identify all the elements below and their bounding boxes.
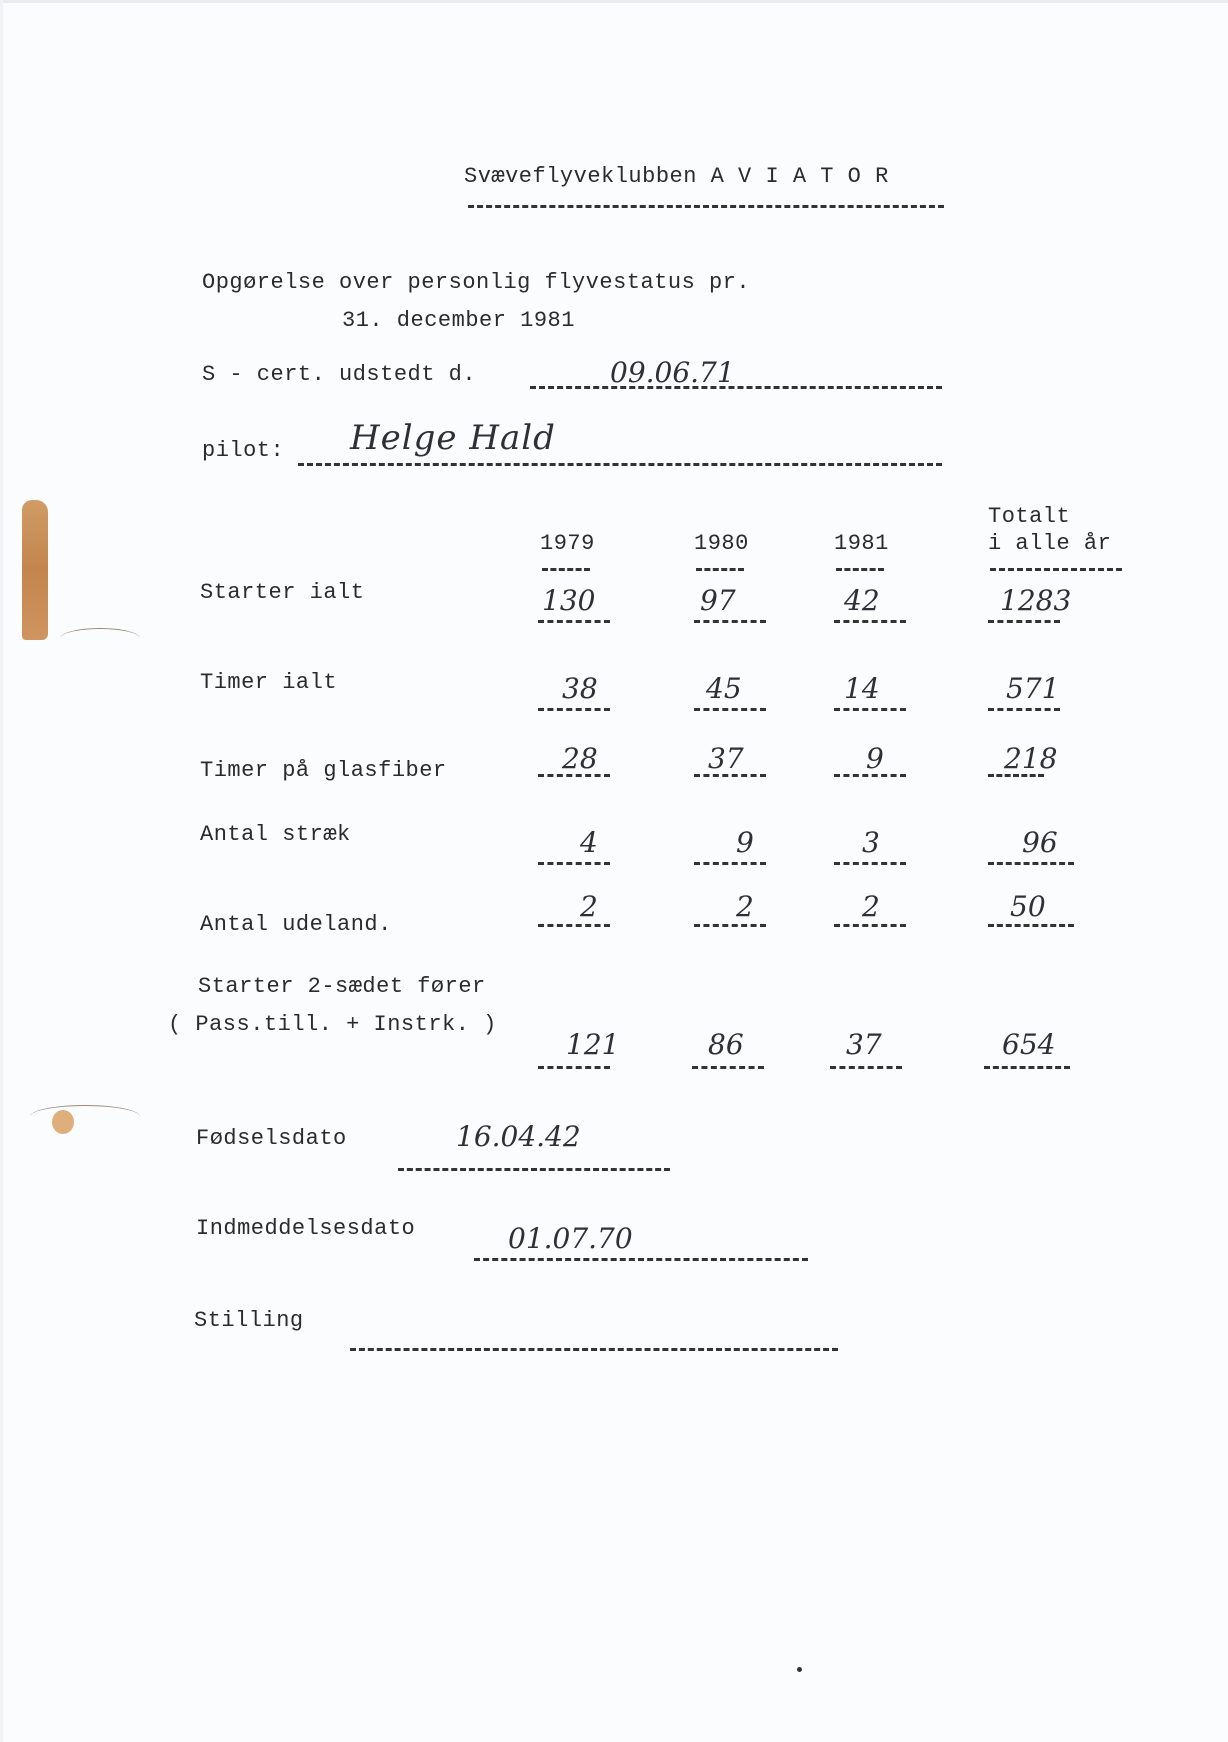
cell-line (988, 862, 1074, 865)
cell-line (538, 1066, 610, 1069)
birthdate-line (398, 1168, 670, 1171)
cell-starts-1981[interactable]: 42 (844, 584, 880, 617)
rust-stain (22, 500, 48, 640)
cell-line (694, 774, 766, 777)
header-underline (836, 568, 884, 571)
row-label-starts: Starter ialt (200, 580, 364, 605)
join-date-field[interactable]: 01.07.70 (508, 1222, 633, 1255)
row-label-hours: Timer ialt (200, 670, 337, 695)
paper-tear (60, 628, 140, 649)
header-underline (990, 568, 1122, 571)
position-label: Stilling (194, 1308, 304, 1333)
cell-line (988, 708, 1060, 711)
cell-line (988, 924, 1074, 927)
title-underline (468, 205, 944, 208)
cell-starts-1979[interactable]: 130 (542, 584, 595, 617)
header-underline (542, 568, 590, 571)
cell-line (830, 1066, 902, 1069)
cell-line (538, 774, 610, 777)
cell-line (834, 862, 906, 865)
rust-stain (52, 1110, 74, 1134)
cell-line (692, 1066, 764, 1069)
cell-twoseat-1980[interactable]: 86 (708, 1028, 744, 1061)
cell-twoseat-total[interactable]: 654 (1002, 1028, 1055, 1061)
cell-xc-total[interactable]: 96 (1022, 826, 1058, 859)
birthdate-field[interactable]: 16.04.42 (456, 1120, 581, 1153)
club-title: Svæveflyveklubben A V I A T O R (464, 164, 889, 189)
cell-outland-1979[interactable]: 2 (580, 890, 598, 923)
cell-line (538, 620, 610, 623)
cell-line (988, 774, 1044, 777)
page-edge (0, 0, 1228, 3)
cell-line (834, 774, 906, 777)
cell-xc-1980[interactable]: 9 (736, 826, 754, 859)
cell-glassfiber-1980[interactable]: 37 (708, 742, 744, 775)
certificate-line (530, 386, 942, 389)
cell-xc-1981[interactable]: 3 (862, 826, 880, 859)
column-header-1979: 1979 (540, 531, 595, 556)
header-underline (696, 568, 744, 571)
cell-starts-total[interactable]: 1283 (1000, 584, 1071, 617)
join-date-line (474, 1258, 808, 1261)
cell-glassfiber-1979[interactable]: 28 (562, 742, 598, 775)
cell-line (988, 620, 1060, 623)
cell-outland-1980[interactable]: 2 (736, 890, 754, 923)
cell-outland-total[interactable]: 50 (1010, 890, 1046, 923)
cell-line (694, 924, 766, 927)
statement-title: Opgørelse over personlig flyvestatus pr. (202, 270, 750, 295)
cell-xc-1979[interactable]: 4 (580, 826, 598, 859)
cell-hours-1979[interactable]: 38 (562, 672, 598, 705)
birthdate-label: Fødselsdato (196, 1126, 347, 1151)
certificate-label: S - cert. udstedt d. (202, 362, 476, 387)
row-label-outlandings: Antal udeland. (200, 912, 392, 937)
column-header-total-sub: i alle år (988, 531, 1111, 556)
statement-date: 31. december 1981 (342, 308, 575, 333)
cell-line (834, 708, 906, 711)
join-date-label: Indmeddelsesdato (196, 1216, 415, 1241)
paper-tear (30, 1105, 140, 1128)
cell-glassfiber-total[interactable]: 218 (1004, 742, 1057, 775)
cell-glassfiber-1981[interactable]: 9 (866, 742, 884, 775)
cell-starts-1980[interactable]: 97 (700, 584, 736, 617)
row-label-glassfiber-hours: Timer på glasfiber (200, 758, 447, 783)
cell-line (984, 1066, 1070, 1069)
cell-hours-1980[interactable]: 45 (706, 672, 742, 705)
cell-line (694, 862, 766, 865)
row-label-two-seat-starts: Starter 2-sædet fører (198, 974, 486, 999)
cell-line (694, 708, 766, 711)
punch-dot (797, 1667, 802, 1672)
cell-twoseat-1979[interactable]: 121 (566, 1028, 619, 1061)
position-line (350, 1348, 838, 1351)
cell-twoseat-1981[interactable]: 37 (846, 1028, 882, 1061)
pilot-label: pilot: (202, 438, 284, 463)
cell-line (538, 708, 610, 711)
pilot-line (298, 463, 942, 466)
cell-line (694, 620, 766, 623)
row-sublabel-two-seat: ( Pass.till. + Instrk. ) (168, 1012, 497, 1037)
cell-line (538, 924, 610, 927)
cell-hours-1981[interactable]: 14 (844, 672, 880, 705)
page-edge (0, 0, 3, 1742)
certificate-date-field[interactable]: 09.06.71 (610, 356, 735, 389)
pilot-signature-field[interactable]: Helge Hald (350, 418, 556, 458)
cell-hours-total[interactable]: 571 (1006, 672, 1059, 705)
cell-line (834, 620, 906, 623)
cell-line (538, 862, 610, 865)
column-header-1981: 1981 (834, 531, 889, 556)
row-label-cross-country: Antal stræk (200, 822, 351, 847)
cell-outland-1981[interactable]: 2 (862, 890, 880, 923)
column-header-1980: 1980 (694, 531, 749, 556)
column-header-total: Totalt (988, 504, 1070, 529)
cell-line (834, 924, 906, 927)
